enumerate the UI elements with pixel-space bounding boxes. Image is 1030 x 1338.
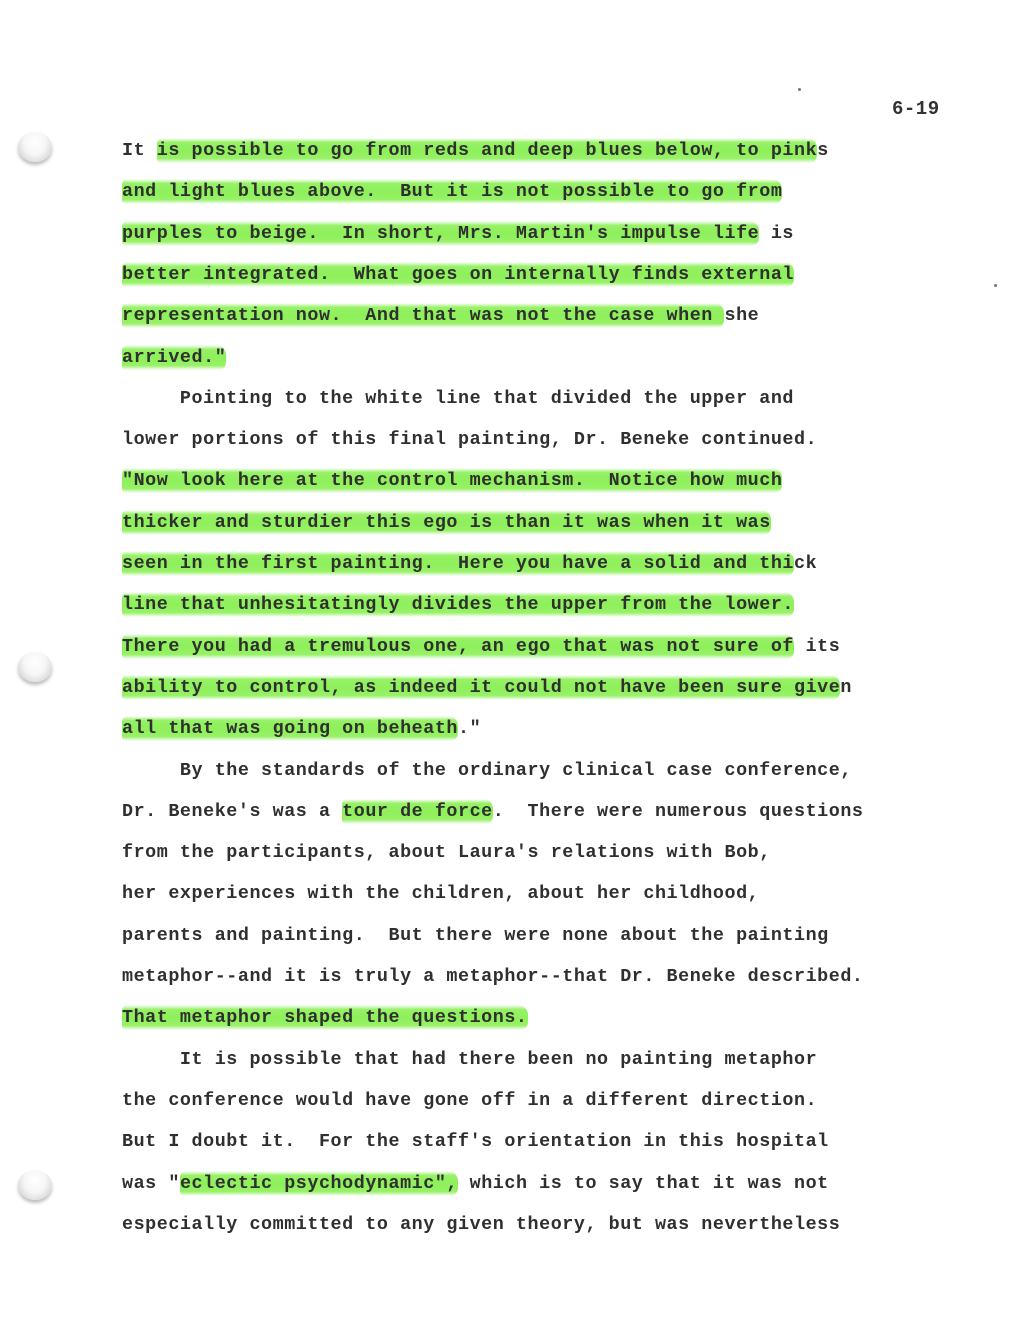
- text-line: especially committed to any given theory…: [122, 1212, 840, 1238]
- text-line: the conference would have gone off in a …: [122, 1088, 817, 1114]
- text-line: better integrated. What goes on internal…: [122, 262, 794, 288]
- punch-hole-icon: [18, 652, 52, 682]
- punch-hole-icon: [18, 1170, 52, 1200]
- text-line: It is possible that had there been no pa…: [122, 1047, 817, 1073]
- highlighted-text: "Now look here at the control mechanism.…: [122, 468, 782, 493]
- highlighted-text: better integrated. What goes on internal…: [122, 262, 794, 287]
- text-segment: But I doubt it. For the staff's orientat…: [122, 1131, 829, 1152]
- text-line: Dr. Beneke's was a tour de force. There …: [122, 799, 864, 825]
- text-line: arrived.": [122, 345, 226, 371]
- text-segment: It: [122, 140, 157, 161]
- text-line: parents and painting. But there were non…: [122, 923, 829, 949]
- paper-speck: [798, 88, 801, 91]
- text-line: purples to beige. In short, Mrs. Martin'…: [122, 221, 794, 247]
- text-line: That metaphor shaped the questions.: [122, 1005, 528, 1031]
- punch-hole-icon: [18, 132, 52, 162]
- text-line: ability to control, as indeed it could n…: [122, 675, 852, 701]
- highlighted-text: eclectic psychodynamic",: [180, 1171, 458, 1196]
- text-segment: is: [759, 223, 794, 244]
- text-segment: was ": [122, 1173, 180, 1194]
- text-line: lower portions of this final painting, D…: [122, 427, 817, 453]
- highlighted-text: is possible to go from reds and deep blu…: [157, 138, 817, 163]
- text-segment: n: [840, 677, 852, 698]
- highlighted-text: and light blues above. But it is not pos…: [122, 179, 782, 204]
- text-segment: lower portions of this final painting, D…: [122, 429, 817, 450]
- text-line: It is possible to go from reds and deep …: [122, 138, 829, 164]
- text-line: By the standards of the ordinary clinica…: [122, 758, 852, 784]
- text-segment: the conference would have gone off in a …: [122, 1090, 817, 1111]
- text-line: There you had a tremulous one, an ego th…: [122, 634, 840, 660]
- text-line: Pointing to the white line that divided …: [122, 386, 794, 412]
- text-line: was "eclectic psychodynamic", which is t…: [122, 1171, 829, 1197]
- text-segment: s: [817, 140, 829, 161]
- highlighted-text: all that was going on beheath: [122, 716, 458, 741]
- highlighted-text: arrived.": [122, 345, 226, 370]
- highlighted-text: There you had a tremulous one, an ego th…: [122, 634, 794, 659]
- text-line: her experiences with the children, about…: [122, 881, 759, 907]
- text-segment: her experiences with the children, about…: [122, 883, 759, 904]
- text-segment: . There were numerous questions: [493, 801, 864, 822]
- highlighted-text: seen in the first painting. Here you hav…: [122, 551, 794, 576]
- highlighted-text: purples to beige. In short, Mrs. Martin'…: [122, 221, 759, 246]
- document-page: 6-19 It is possible to go from reds and …: [0, 0, 1030, 1338]
- text-segment: from the participants, about Laura's rel…: [122, 842, 771, 863]
- text-segment: its: [794, 636, 840, 657]
- highlighted-text: representation now. And that was not the…: [122, 303, 724, 328]
- text-segment: she: [724, 305, 759, 326]
- text-segment: Pointing to the white line that divided …: [122, 388, 794, 409]
- text-segment: .": [458, 718, 481, 739]
- text-line: metaphor--and it is truly a metaphor--th…: [122, 964, 864, 990]
- text-line: seen in the first painting. Here you hav…: [122, 551, 817, 577]
- text-segment: By the standards of the ordinary clinica…: [122, 760, 852, 781]
- text-line: line that unhesitatingly divides the upp…: [122, 592, 794, 618]
- text-segment: parents and painting. But there were non…: [122, 925, 829, 946]
- text-line: But I doubt it. For the staff's orientat…: [122, 1129, 829, 1155]
- text-segment: ck: [794, 553, 817, 574]
- highlighted-text: line that unhesitatingly divides the upp…: [122, 592, 794, 617]
- highlighted-text: thicker and sturdier this ego is than it…: [122, 510, 771, 535]
- page-number: 6-19: [892, 98, 940, 120]
- text-line: and light blues above. But it is not pos…: [122, 179, 782, 205]
- highlighted-text: That metaphor shaped the questions.: [122, 1005, 528, 1030]
- text-segment: especially committed to any given theory…: [122, 1214, 840, 1235]
- text-segment: which is to say that it was not: [458, 1173, 829, 1194]
- text-line: all that was going on beheath.": [122, 716, 481, 742]
- text-segment: It is possible that had there been no pa…: [122, 1049, 817, 1070]
- highlighted-text: ability to control, as indeed it could n…: [122, 675, 840, 700]
- text-line: representation now. And that was not the…: [122, 303, 759, 329]
- paper-speck: [994, 284, 997, 287]
- text-line: from the participants, about Laura's rel…: [122, 840, 771, 866]
- text-segment: Dr. Beneke's was a: [122, 801, 342, 822]
- text-line: thicker and sturdier this ego is than it…: [122, 510, 771, 536]
- highlighted-text: tour de force: [342, 799, 493, 824]
- text-segment: metaphor--and it is truly a metaphor--th…: [122, 966, 864, 987]
- text-line: "Now look here at the control mechanism.…: [122, 468, 782, 494]
